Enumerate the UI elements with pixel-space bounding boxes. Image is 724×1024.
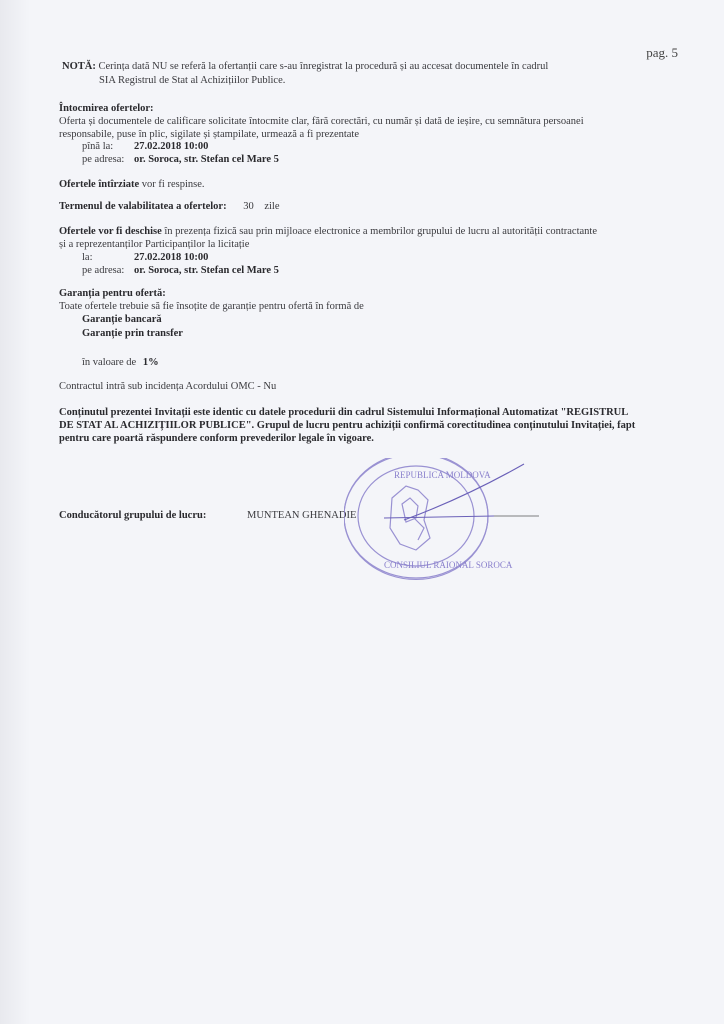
statement-line-1: Conținutul prezentei Invitații este iden… xyxy=(59,406,628,419)
late-offers-text: vor fi respinse. xyxy=(142,179,205,190)
opening-text: în prezența fizică sau prin mijloace ele… xyxy=(164,226,597,237)
guarantee-value: în valoare de 1% xyxy=(82,356,159,369)
page-edge xyxy=(0,0,30,1024)
opening-address-label: pe adresa: xyxy=(82,264,134,277)
opening-address: pe adresa:or. Soroca, str. Stefan cel Ma… xyxy=(82,264,279,277)
note-label: NOTĂ: xyxy=(62,61,96,72)
note-text: Cerința dată NU se referă la ofertanții … xyxy=(98,61,548,72)
svg-text:REPUBLICA MOLDOVA: REPUBLICA MOLDOVA xyxy=(394,470,491,480)
note-line-2: SIA Registrul de Stat al Achizițiilor Pu… xyxy=(99,74,285,87)
validity-unit: zile xyxy=(264,201,279,212)
guarantee-value-amount: 1% xyxy=(143,357,159,368)
opening-line-1: Ofertele vor fi deschise în prezența fiz… xyxy=(59,225,597,238)
address-label: pe adresa: xyxy=(82,153,134,166)
guarantee-heading: Garanția pentru ofertă: xyxy=(59,287,166,300)
page-number: pag. 5 xyxy=(646,45,678,61)
guarantee-type-bank: Garanție bancară xyxy=(82,313,162,326)
validity: Termenul de valabilitatea a ofertelor: 3… xyxy=(59,200,279,213)
late-offers: Ofertele întîrziate vor fi respinse. xyxy=(59,178,205,191)
statement-line-3: pentru care poartă răspundere conform pr… xyxy=(59,432,374,445)
omc-statement: Contractul intră sub incidența Acordului… xyxy=(59,380,276,393)
guarantee-type-transfer: Garanție prin transfer xyxy=(82,327,183,340)
validity-value: 30 xyxy=(243,201,254,212)
until-value: 27.02.2018 10:00 xyxy=(134,141,208,152)
opening-label: Ofertele vor fi deschise xyxy=(59,226,162,237)
preparation-address: pe adresa:or. Soroca, str. Stefan cel Ma… xyxy=(82,153,279,166)
until-label: pînă la: xyxy=(82,140,134,153)
preparation-heading: Întocmirea ofertelor: xyxy=(59,102,154,115)
at-label: la: xyxy=(82,251,134,264)
official-stamp: REPUBLICA MOLDOVA CONSILIUL RAIONAL SORO… xyxy=(344,458,554,591)
address-value: or. Soroca, str. Stefan cel Mare 5 xyxy=(134,154,279,165)
preparation-line-1: Oferta și documentele de calificare soli… xyxy=(59,115,584,128)
note-line-1: NOTĂ: Cerința dată NU se referă la ofert… xyxy=(62,60,548,73)
signature-name: MUNTEAN GHENADIE xyxy=(247,509,356,522)
guarantee-text: Toate ofertele trebuie să fie însoțite d… xyxy=(59,300,364,313)
opening-address-value: or. Soroca, str. Stefan cel Mare 5 xyxy=(134,265,279,276)
stamp-seal-icon: REPUBLICA MOLDOVA CONSILIUL RAIONAL SORO… xyxy=(344,458,554,588)
opening-line-2: și a reprezentanților Participanților la… xyxy=(59,238,249,251)
signature-label: Conducătorul grupului de lucru: xyxy=(59,509,206,522)
svg-text:CONSILIUL RAIONAL SOROCA: CONSILIUL RAIONAL SOROCA xyxy=(384,560,513,570)
late-offers-label: Ofertele întîrziate xyxy=(59,179,139,190)
guarantee-value-label: în valoare de xyxy=(82,357,136,368)
statement-line-2: DE STAT AL ACHIZIȚIILOR PUBLICE". Grupul… xyxy=(59,419,635,432)
at-value: 27.02.2018 10:00 xyxy=(134,252,208,263)
validity-label: Termenul de valabilitatea a ofertelor: xyxy=(59,201,227,212)
preparation-until: pînă la:27.02.2018 10:00 xyxy=(82,140,208,153)
opening-at: la:27.02.2018 10:00 xyxy=(82,251,208,264)
